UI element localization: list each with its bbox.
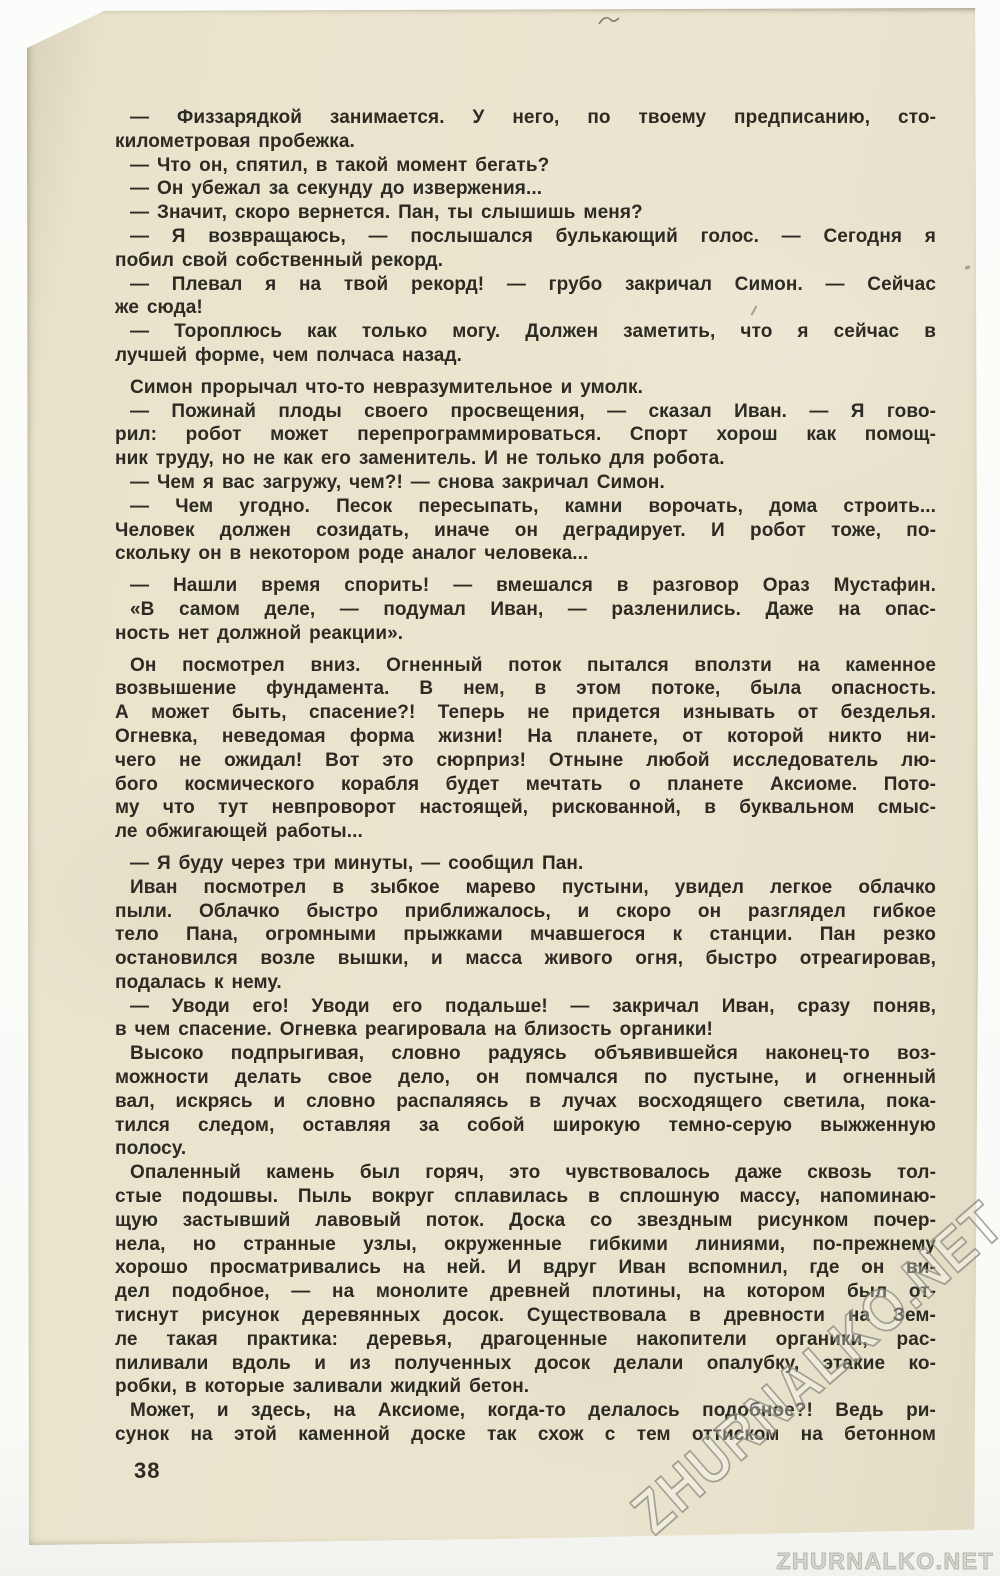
text-line: — Уводи его! Уводи его подальше! — закри… [115,995,936,1019]
text-line: можности делать свое дело, он помчался п… [115,1066,936,1090]
text-line: километровая пробежка. [115,130,936,154]
text-line: ле такая практика: деревья, драгоценные … [115,1328,936,1352]
text-line: побил свой собственный рекорд. [115,249,936,273]
text-line: — Чем я вас загружу, чем?! — снова закри… [115,471,936,495]
text-line: Человек должен созидать, иначе он деград… [115,519,936,543]
text-line: же сюда! [115,296,936,320]
text-line: Он посмотрел вниз. Огненный поток пыталс… [115,654,936,678]
text-line: щую застывший лавовый поток. Доска со зв… [115,1209,936,1233]
text-line: тело Пана, огромными прыжками мчавшегося… [115,923,936,947]
scratch-mark-icon [597,12,625,28]
text-line: — Плевал я на твой рекорд! — грубо закри… [115,273,936,297]
text-line: дел подобное, — на монолите древней плот… [115,1280,936,1304]
ink-speck [965,265,971,270]
text-line: ле обжигающей работы... [115,820,936,844]
text-line: Может, и здесь, на Аксиоме, когда-то дел… [115,1399,936,1423]
text-line: ность нет должной реакции». [115,622,936,646]
text-line: чего не ожидал! Вот это сюрприз! Отныне … [115,749,936,773]
corner-watermark: ZHURNALKO.NET [776,1548,994,1575]
text-line: хорошо просматривались на ней. И вдруг И… [115,1256,936,1280]
page-number: 38 [134,1458,160,1484]
body-text: — Физзарядкой занимается. У него, по тво… [115,106,936,1447]
text-line: остановился возле вышки, и масса живого … [115,947,936,971]
text-line: рил: робот может перепрограммироваться. … [115,423,936,447]
scan-background: — Физзарядкой занимается. У него, по тво… [0,0,1000,1576]
text-line: скольку он в некотором роде аналог челов… [115,542,936,566]
text-line: нела, но странные узлы, окруженные гибки… [115,1233,936,1257]
text-line: — Значит, скоро вернется. Пан, ты слышиш… [115,201,936,225]
text-line: робки, в которые заливали жидкий бетон. [115,1375,936,1399]
text-line: возвышение фундамента. В нем, в этом пот… [115,677,936,701]
text-line: Высоко подпрыгивая, словно радуясь объяв… [115,1042,936,1066]
text-line: му что тут невпроворот настоящей, рисков… [115,796,936,820]
text-line: пыли. Облачко быстро приближалось, и ско… [115,900,936,924]
text-line: — Нашли время спорить! — вмешался в разг… [115,574,936,598]
text-line: — Чем угодно. Песок пересыпать, камни во… [115,495,936,519]
text-line: Огневка, неведомая форма жизни! На плане… [115,725,936,749]
text-line: — Что он, спятил, в такой момент бегать? [115,154,936,178]
text-line: А может быть, спасение?! Теперь не приде… [115,701,936,725]
text-line: — Физзарядкой занимается. У него, по тво… [115,106,936,130]
text-line: — Я буду через три минуты, — сообщил Пан… [115,852,936,876]
text-line: пиливали вдоль и из полученных досок дел… [115,1352,936,1376]
text-line: вал, искрясь и словно распаляясь в лучах… [115,1090,936,1114]
text-line: — Пожинай плоды своего просвещения, — ск… [115,400,936,424]
text-line: Симон прорычал что-то невразумительное и… [115,376,936,400]
text-line: — Я возвращаюсь, — послышался булькающий… [115,225,936,249]
text-line: тился следом, оставляя за собой широкую … [115,1114,936,1138]
text-line: — Тороплюсь как только могу. Должен заме… [115,320,936,344]
text-line: стые подошвы. Пыль вокруг сплавилась в с… [115,1185,936,1209]
magazine-page: — Физзарядкой занимается. У него, по тво… [27,8,978,1545]
text-line: тиснут рисунок деревянных досок. Существ… [115,1304,936,1328]
text-line: ник труду, но не как его заменитель. И н… [115,447,936,471]
text-line: Опаленный камень был горяч, это чувствов… [115,1161,936,1185]
text-line: «В самом деле, — подумал Иван, — разлени… [115,598,936,622]
text-line: сунок на этой каменной доске так схож с … [115,1423,936,1447]
text-line: полосу. [115,1137,936,1161]
text-line: в чем спасение. Огневка реагировала на б… [115,1018,936,1042]
text-line: лучшей форме, чем полчаса назад. [115,344,936,368]
text-line: подалась к нему. [115,971,936,995]
text-line: — Он убежал за секунду до извержения... [115,177,936,201]
text-line: Иван посмотрел в зыбкое марево пустыни, … [115,876,936,900]
text-line: бого космического корабля будет мечтать … [115,773,936,797]
